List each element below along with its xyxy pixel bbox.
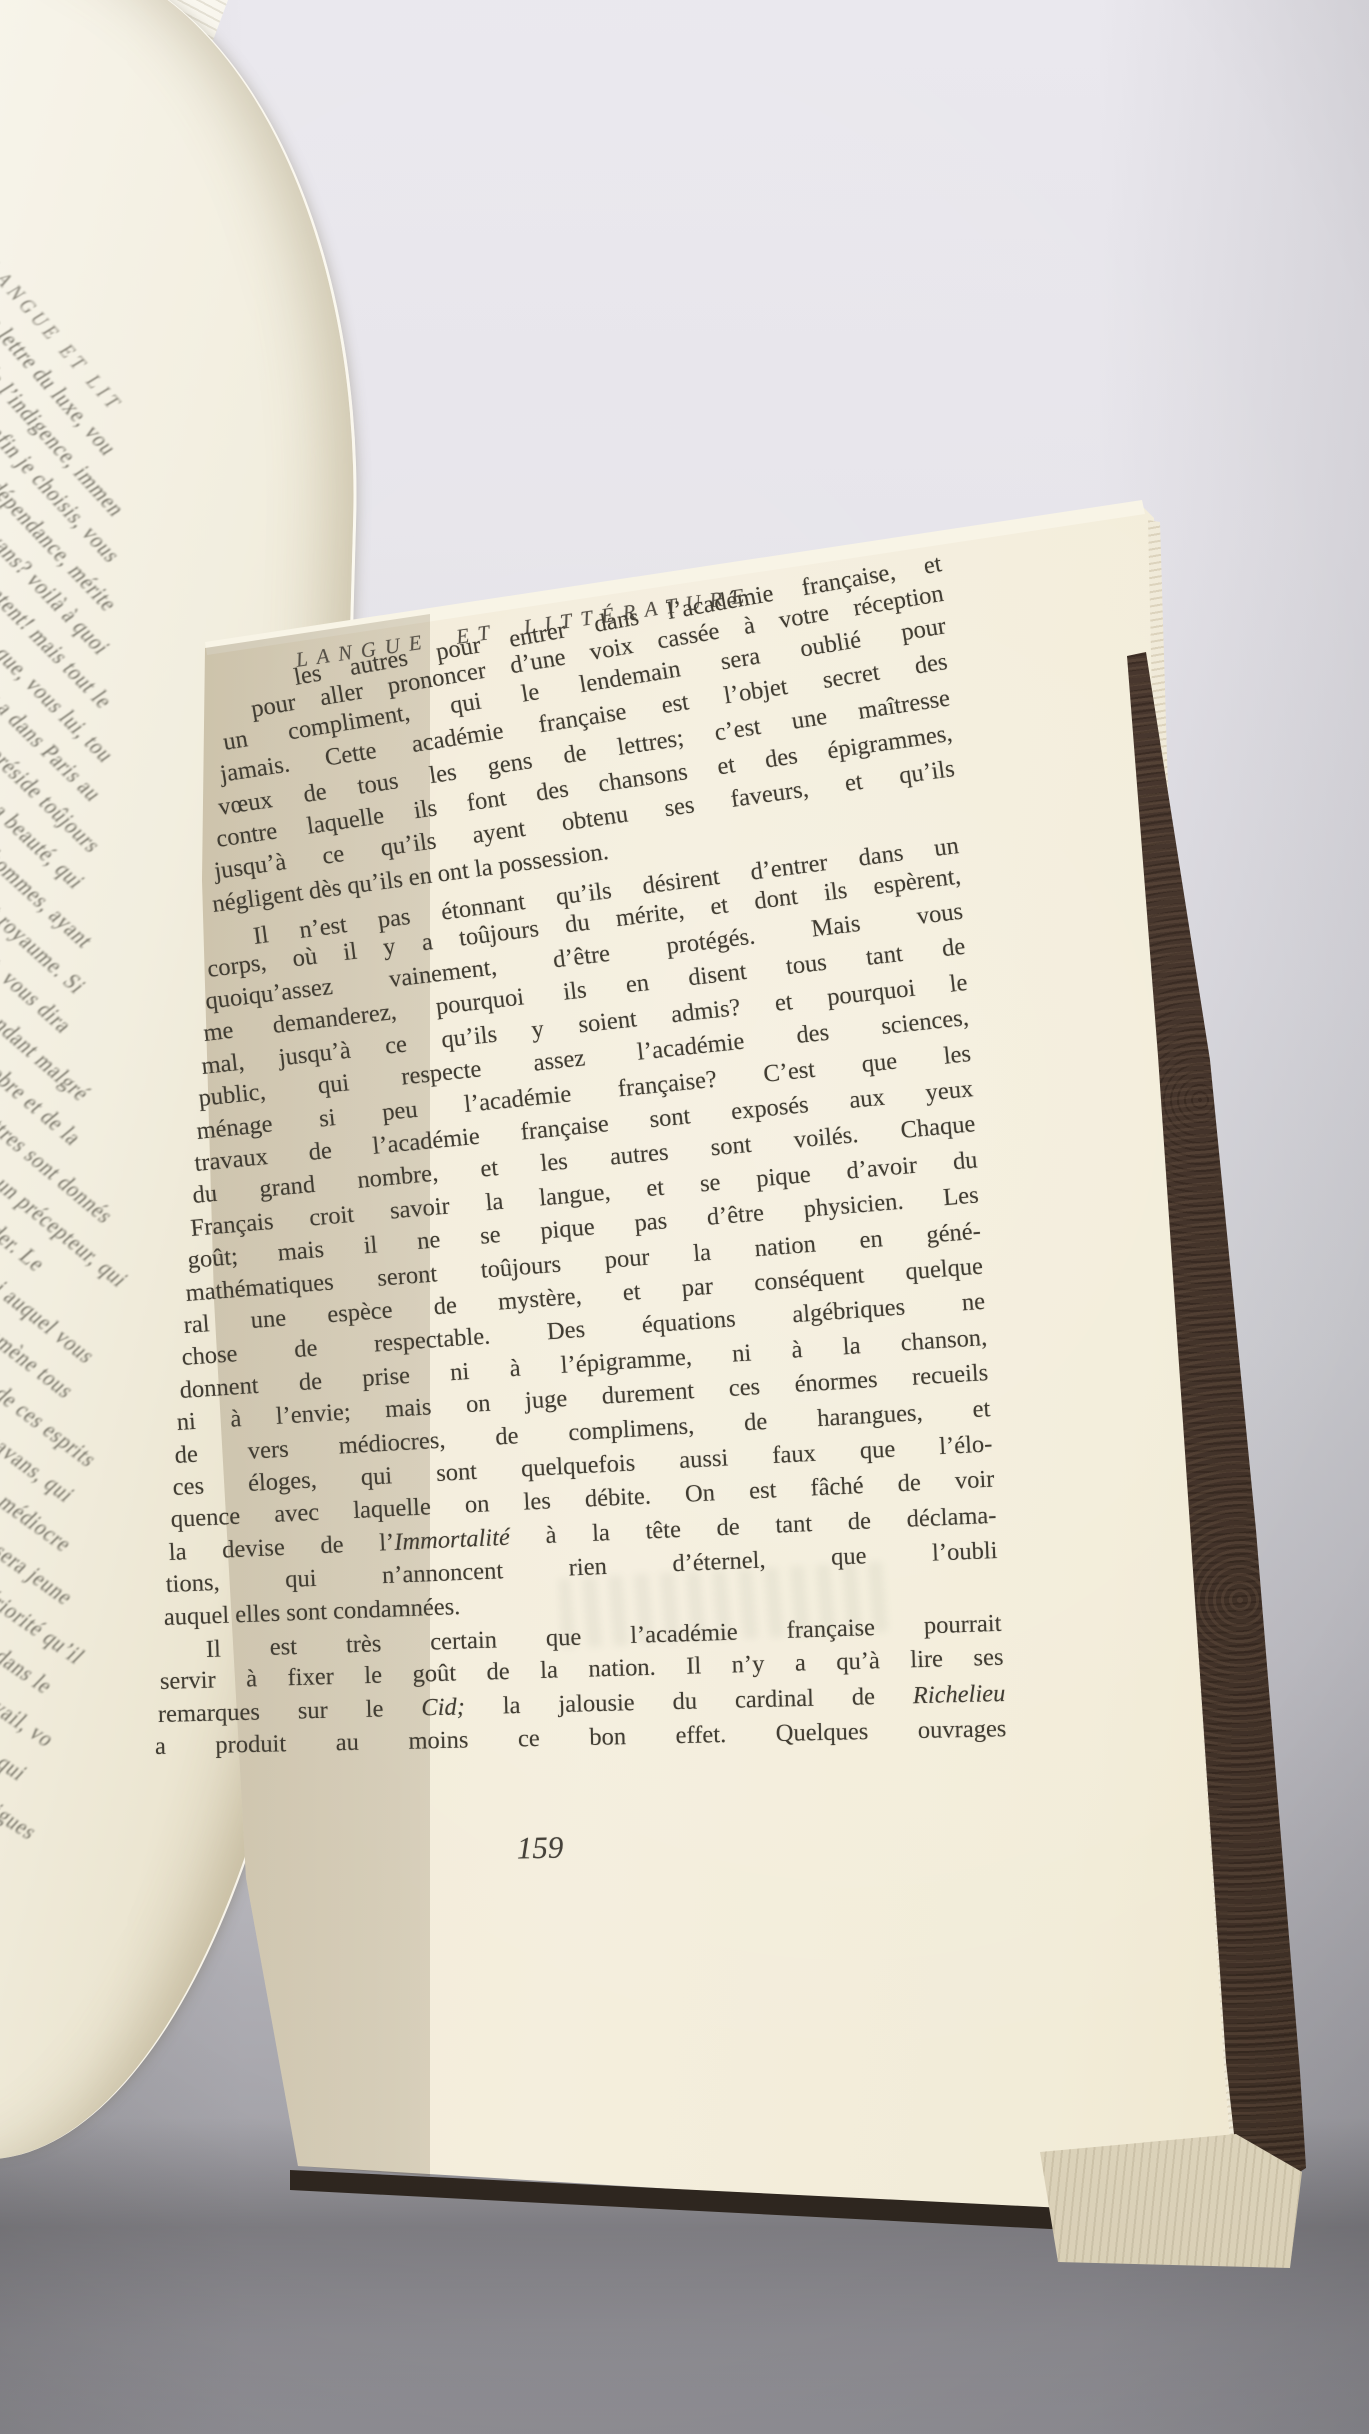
photo-of-open-book: { "scene": { "background_top": "#eae8ee"… [0, 0, 1369, 2434]
page-number: 159 [500, 1829, 581, 1867]
